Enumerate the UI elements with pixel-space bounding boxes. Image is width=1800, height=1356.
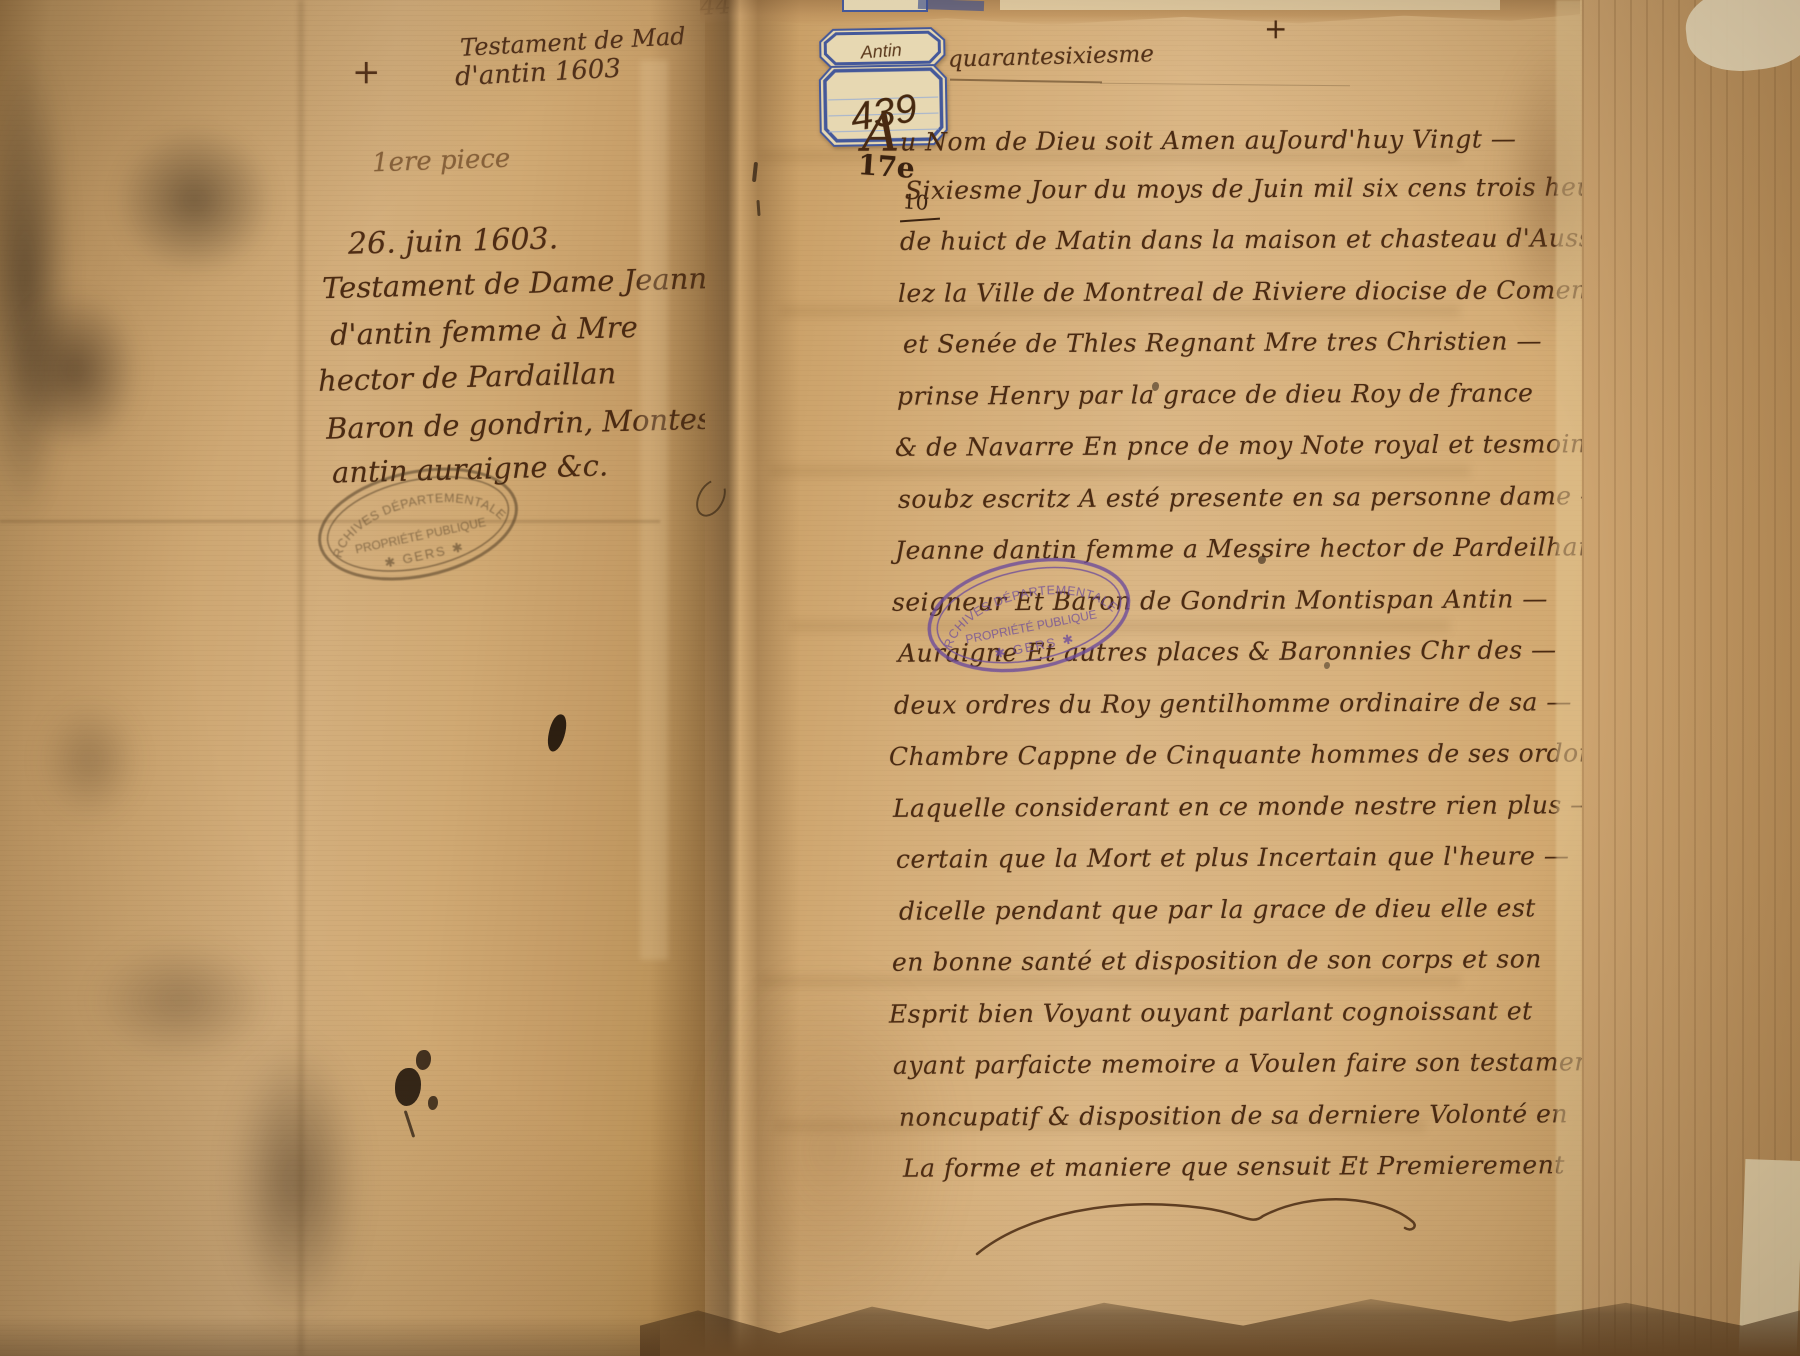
manuscript-line: prinse Henry par la grace de dieu Roy de…: [897, 378, 1534, 410]
piece-note: 1ere piece: [372, 144, 511, 179]
manuscript-line: soubz escritz A esté presente en sa pers…: [898, 481, 1606, 514]
manuscript-line: Esprit bien Voyant ouyant parlant cognoi…: [889, 996, 1533, 1028]
ink-blot: [416, 1050, 431, 1070]
closing-flourish: [965, 1182, 1425, 1262]
manuscript-line: dicelle pendant que par la grace de dieu…: [899, 893, 1536, 925]
manuscript-line: et Senée de Thles Regnant Mre tres Chris…: [903, 326, 1542, 358]
ink-streak: [404, 1110, 416, 1138]
manuscript-line: de huict de Matin dans la maison et chas…: [900, 223, 1624, 256]
manuscript-line: Sixiesme Jour du moys de Juin mil six ce…: [905, 172, 1655, 205]
ink-blot: [395, 1068, 421, 1106]
manuscript-line: en bonne santé et disposition de son cor…: [892, 944, 1542, 976]
summary-line: Testament de Dame Jeanne: [322, 261, 725, 306]
date-note: 26. juin 1603.: [348, 221, 559, 261]
summary-line: hector de Pardaillan: [318, 356, 617, 398]
manuscript-line: certain que la Mort et plus Incertain qu…: [896, 841, 1569, 874]
summary-line: d'antin femme à Mre: [330, 310, 639, 352]
corner-page-number: 44: [699, 0, 731, 21]
manuscript-line: Au Nom de Dieu soit Amen auJourd'huy Vin…: [862, 120, 1516, 156]
manuscript-line: Laquelle considerant en ce monde nestre …: [893, 790, 1596, 823]
manuscript-line: deux ordres du Roy gentilhomme ordinaire…: [894, 687, 1572, 720]
left-cross-mark: +: [352, 52, 381, 92]
manuscript-line: & de Navarre En pnce de moy Note royal e…: [895, 429, 1600, 462]
ink-blot: [428, 1096, 438, 1110]
header-note: quarantesixiesme: [948, 41, 1155, 72]
right-cross-mark: +: [1264, 12, 1287, 45]
manuscript-line: noncupatif & disposition de sa derniere …: [899, 1099, 1568, 1132]
summary-line: Baron de gondrin, Montespan: [326, 400, 767, 446]
ink-blot: [545, 713, 569, 753]
manuscript-line: Chambre Cappne de Cinquante hommes de se…: [889, 738, 1687, 771]
manuscript-line: Jeanne dantin femme a Messire hector de …: [895, 532, 1629, 565]
manuscript-line: lez la Ville de Montreal de Riviere dioc…: [898, 275, 1620, 308]
manuscript-line: La forme et maniere que sensuit Et Premi…: [903, 1150, 1565, 1182]
manuscript-photo: + Testament de Mad d'antin 1603 1ere pie…: [0, 0, 1800, 1356]
manuscript-line: ayant parfaicte memoire a Voulen faire s…: [893, 1047, 1602, 1080]
left-page: + Testament de Mad d'antin 1603 1ere pie…: [0, 0, 705, 1356]
label-title: Antin: [859, 40, 902, 63]
